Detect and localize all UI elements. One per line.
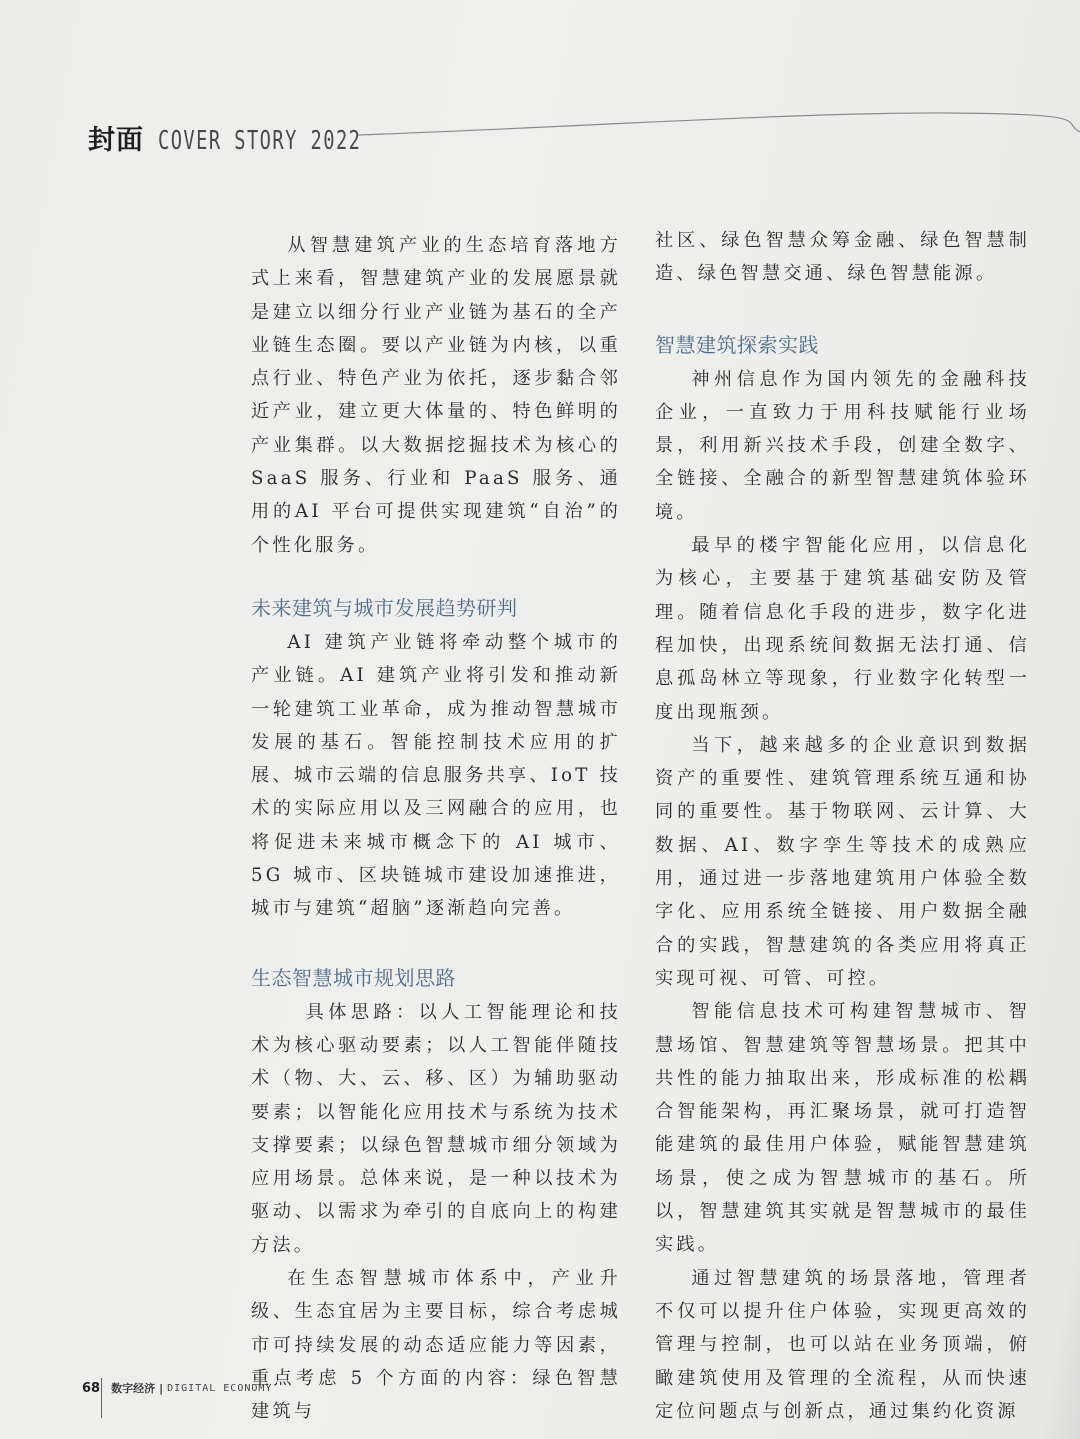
section-heading: 生态智慧城市规划思路 <box>251 960 621 996</box>
footer-separator: | <box>159 1382 163 1395</box>
magazine-title-en: DIGITAL ECONOMY <box>167 1383 272 1394</box>
section-title-cn: 封面 <box>88 118 144 157</box>
paragraph: 当下，越来越多的企业意识到数据资产的重要性、建筑管理系统互通和协同的重要性。基于… <box>655 729 1030 995</box>
page-number: 68 <box>82 1381 100 1396</box>
paragraph: 智能信息技术可构建智慧城市、智慧场馆、智慧建筑等智慧场景。把其中共性的能力抽取出… <box>655 995 1030 1261</box>
paragraph: 通过智慧建筑的场景落地，管理者不仅可以提升住户体验，实现更高效的管理与控制，也可… <box>655 1262 1030 1428</box>
magazine-title-cn: 数字经济 <box>111 1380 155 1396</box>
section-header: 封面 COVER STORY 2022 <box>88 118 440 157</box>
paragraph: 神州信息作为国内领先的金融科技企业，一直致力于用科技赋能行业场景，利用新兴技术手… <box>655 363 1030 529</box>
paragraph: 从智慧建筑产业的生态培育落地方式上来看，智慧建筑产业的发展愿景就是建立以细分行业… <box>251 229 621 562</box>
section-heading: 智慧建筑探索实践 <box>655 327 1030 363</box>
right-column: 社区、绿色智慧众筹金融、绿色智慧制造、绿色智慧交通、绿色智慧能源。 智慧建筑探索… <box>655 224 1030 1428</box>
page-footer: 68 数字经济 | DIGITAL ECONOMY <box>82 1380 272 1396</box>
header-rule-line <box>0 0 1080 200</box>
paragraph: 在生态智慧城市体系中，产业升级、生态宜居为主要目标，综合考虑城市可持续发展的动态… <box>251 1262 621 1428</box>
paragraph: 具体思路：以人工智能理论和技术为核心驱动要素；以人工智能伴随技术（物、大、云、移… <box>251 996 621 1262</box>
paragraph: 最早的楼宇智能化应用，以信息化为核心，主要基于建筑基础安防及管理。随着信息化手段… <box>655 529 1030 729</box>
paragraph-continued: 社区、绿色智慧众筹金融、绿色智慧制造、绿色智慧交通、绿色智慧能源。 <box>655 224 1030 291</box>
left-column: 从智慧建筑产业的生态培育落地方式上来看，智慧建筑产业的发展愿景就是建立以细分行业… <box>251 229 621 1429</box>
section-title-en: COVER STORY 2022 <box>158 126 361 156</box>
paragraph: AI 建筑产业链将牵动整个城市的产业链。AI 建筑产业将引发和推动新一轮建筑工业… <box>251 626 621 926</box>
section-heading: 未来建筑与城市发展趋势研判 <box>251 590 621 626</box>
